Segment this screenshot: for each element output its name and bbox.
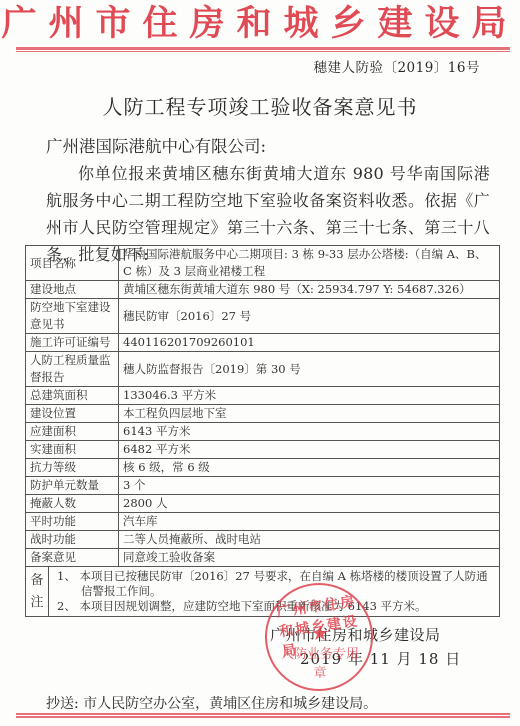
row-value: 黄埔区穗东街黄埔大道东 980 号（X: 25934.797 Y: 54687.… [119,281,500,299]
row-label: 实建面积 [26,441,119,459]
header-rule-thin [16,51,510,52]
document-number: 穗建人防验〔2019〕16号 [313,56,480,76]
seal-bottom-text: 人防业务专用章 [275,643,365,681]
seal-star-icon: ★ [311,621,329,645]
row-label: 平时功能 [26,513,119,531]
row-label: 人防工程质量监督报告 [26,352,119,387]
row-label: 掩蔽人数 [26,495,119,513]
row-value: 核 6 级，常 6 级 [119,459,500,477]
row-value: 133046.3 平方米 [119,387,500,405]
addressee: 广州港国际港航中心有限公司: [46,133,266,157]
row-label: 防护单元数量 [26,477,119,495]
row-label: 备案意见 [26,549,119,567]
header-rule-thick [16,47,510,50]
table-row: 人防工程质量监督报告穗人防监督报告〔2019〕第 30 号 [26,352,500,387]
table-row: 建设地点黄埔区穗东街黄埔大道东 980 号（X: 25934.797 Y: 54… [26,281,500,299]
row-label: 建设位置 [26,405,119,423]
table-row: 实建面积6482 平方米 [26,441,500,459]
row-value: 3 个 [119,477,500,495]
row-label: 建设地点 [26,281,119,299]
remarks-row: 备注 1、 本项目已按穗民防审〔2016〕27 号要求，在自编 A 栋塔楼的楼顶… [26,567,500,617]
row-value: 汽车库 [119,513,500,531]
table-row: 防护单元数量3 个 [26,477,500,495]
table-row: 项目名称 华南国际港航服务中心二期项目: 3 栋 9-33 层办公塔楼:（自编 … [26,246,500,281]
footer-rule-1 [16,713,510,715]
table-row: 防空地下室建设意见书穗民防审〔2016〕27 号 [26,299,500,334]
row-value: 穗人防监督报告〔2019〕第 30 号 [119,352,500,387]
table-row: 抗力等级核 6 级，常 6 级 [26,459,500,477]
row-value: 本工程负四层地下室 [119,405,500,423]
remark-item: 1、 本项目已按穗民防审〔2016〕27 号要求，在自编 A 栋塔楼的楼顶设置了… [53,569,495,599]
table-row: 应建面积6143 平方米 [26,423,500,441]
table-row: 平时功能汽车库 [26,513,500,531]
table-row: 备案意见同意竣工验收备案 [26,549,500,567]
row-label: 项目名称 [26,246,119,281]
official-seal: 广州市住房和城乡建设局 ★ 人防业务专用章 [265,583,373,691]
row-label: 总建筑面积 [26,387,119,405]
carbon-copy-line: 抄送: 市人民防空办公室，黄埔区住房和城乡建设局。 [46,693,377,713]
project-info-table: 项目名称 华南国际港航服务中心二期项目: 3 栋 9-33 层办公塔楼:（自编 … [25,245,500,617]
table-row: 战时功能二等人员掩蔽所、战时电站 [26,531,500,549]
row-value: 6143 平方米 [119,423,500,441]
row-label: 抗力等级 [26,459,119,477]
footer-rule-2 [16,716,510,718]
row-label: 施工许可证编号 [26,334,119,352]
row-value: 2800 人 [119,495,500,513]
row-label: 战时功能 [26,531,119,549]
row-value: 6482 平方米 [119,441,500,459]
row-value: 华南国际港航服务中心二期项目: 3 栋 9-33 层办公塔楼:（自编 A、B、C… [119,246,500,281]
remarks-label: 备注 [26,567,49,617]
row-value: 同意竣工验收备案 [119,549,500,567]
issuer-masthead: 广州市住房和城乡建设局 [0,4,520,44]
table-row: 总建筑面积133046.3 平方米 [26,387,500,405]
table-row: 掩蔽人数2800 人 [26,495,500,513]
row-label: 防空地下室建设意见书 [26,299,119,334]
document-title: 人防工程专项竣工验收备案意见书 [0,91,520,120]
row-value: 440116201709260101 [119,334,500,352]
table-row: 建设位置本工程负四层地下室 [26,405,500,423]
table-row: 施工许可证编号440116201709260101 [26,334,500,352]
row-label: 应建面积 [26,423,119,441]
row-value: 穗民防审〔2016〕27 号 [119,299,500,334]
row-value: 二等人员掩蔽所、战时电站 [119,531,500,549]
